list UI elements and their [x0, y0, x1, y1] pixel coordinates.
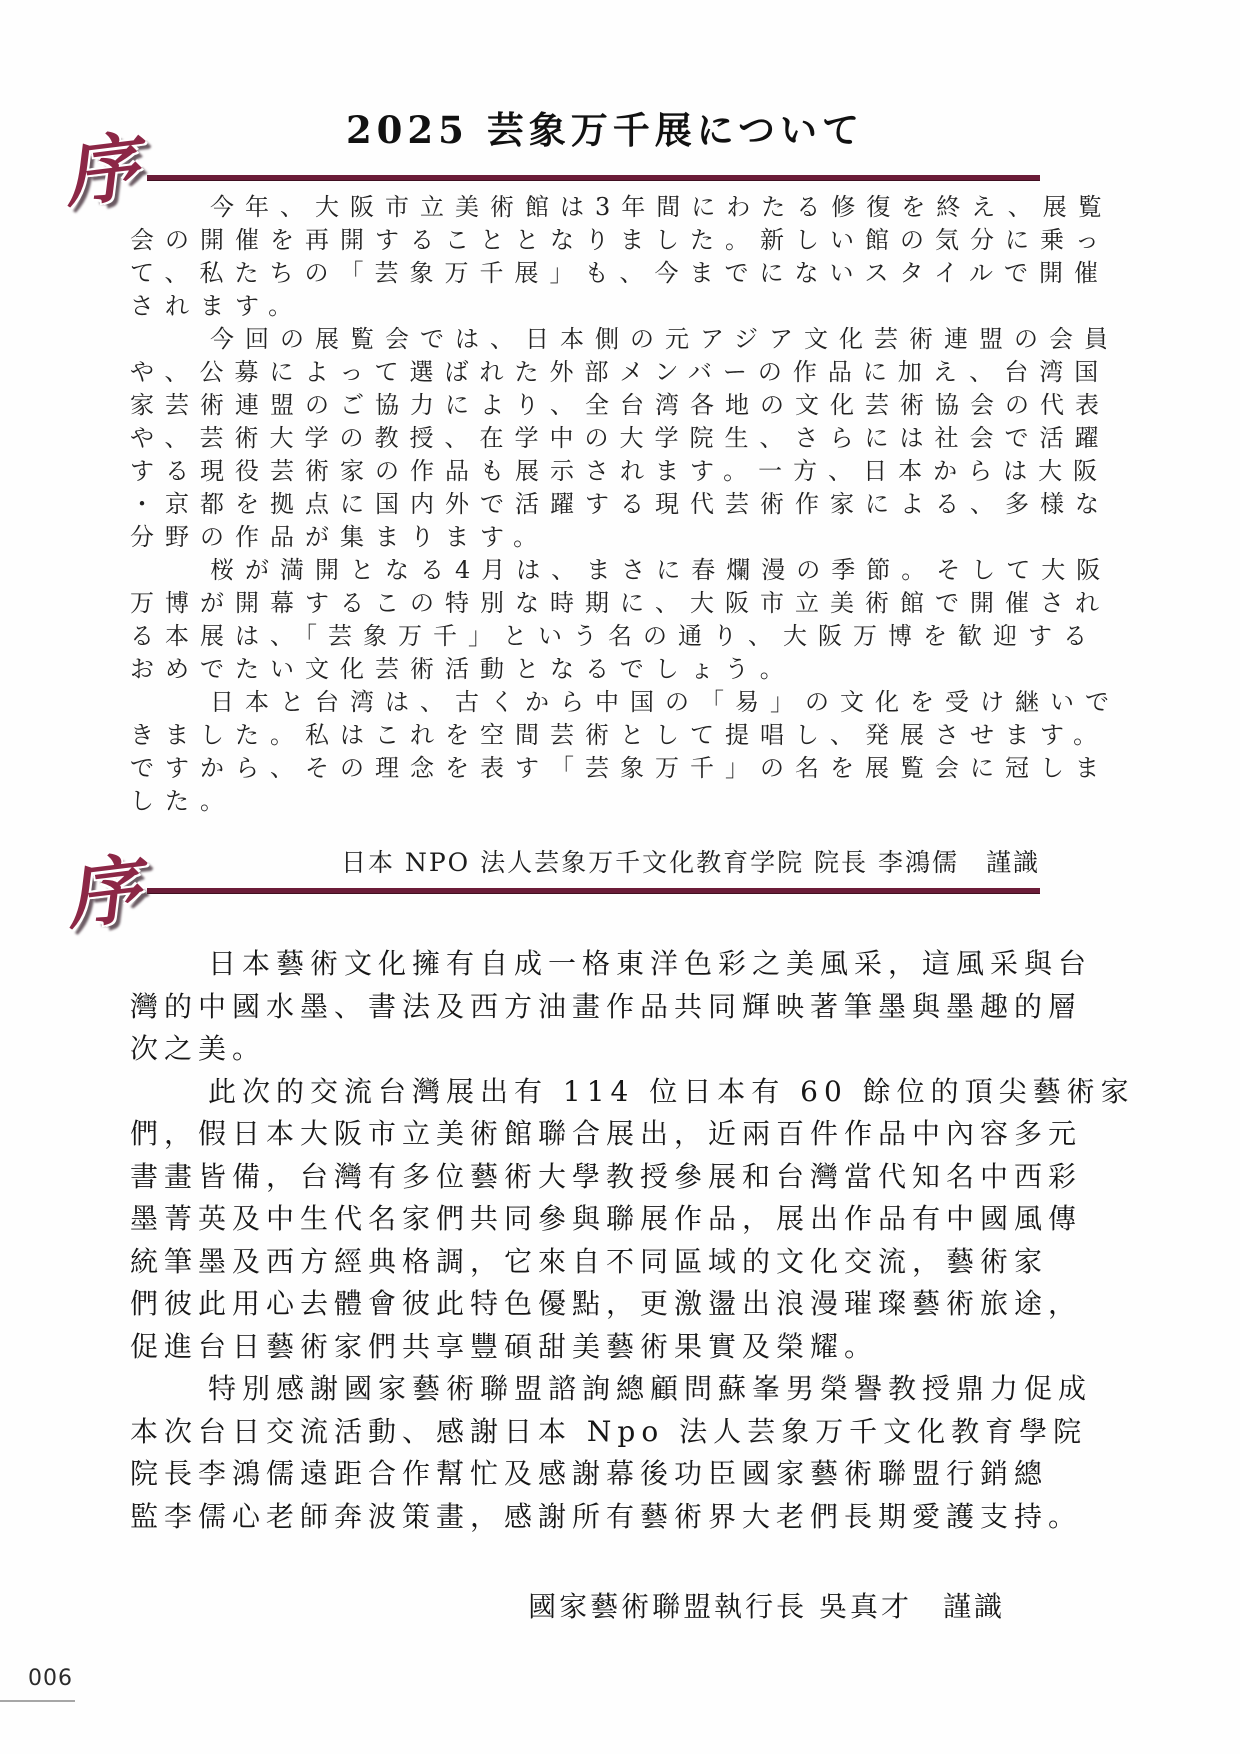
text-line: 此次的交流台灣展出有 114 位日本有 60 餘位的頂尖藝術家: [130, 1071, 1090, 1114]
page-number-rule: [0, 1700, 75, 1702]
header-rule-chinese: [147, 888, 1040, 894]
text-line: 灣的中國水墨、書法及西方油畫作品共同輝映著筆墨與墨趣的層: [130, 986, 1090, 1029]
text-line: 日本と台湾は、古くから中国の「易」の文化を受け継いで: [130, 686, 1082, 719]
text-line: 統筆墨及西方經典格調，它來自不同區域的文化交流，藝術家: [130, 1241, 1090, 1284]
page-number: 006: [28, 1666, 73, 1691]
text-line: や、公募によって選ばれた外部メンバーの作品に加え、台湾国: [130, 356, 1082, 389]
preface-seal-chinese: 序: [62, 852, 144, 934]
text-line: 們彼此用心去體會彼此特色優點，更激盪出浪漫璀璨藝術旅途，: [130, 1283, 1090, 1326]
text-line: した。: [130, 785, 1082, 818]
text-line: 桜が満開となる4月は、まさに春爛漫の季節。そして大阪: [130, 554, 1082, 587]
text-line: 特別感謝國家藝術聯盟諮詢總顧問蘇峯男榮譽教授鼎力促成: [130, 1368, 1090, 1411]
text-line: 墨菁英及中生代名家們共同參與聯展作品，展出作品有中國風傳: [130, 1198, 1090, 1241]
text-line: ・京都を拠点に国内外で活躍する現代芸術作家による、多様な: [130, 488, 1082, 521]
page-title: 2025 芸象万千展について: [130, 100, 1080, 154]
japanese-signature: 日本 NPO 法人芸象万千文化教育学院 院長 李鴻儒 謹識: [130, 843, 1040, 879]
text-line: 本次台日交流活動、感謝日本 Npo 法人芸象万千文化教育學院: [130, 1411, 1090, 1454]
text-line: 促進台日藝術家們共享豐碩甜美藝術果實及榮耀。: [130, 1326, 1090, 1369]
text-line: る本展は、「芸象万千」という名の通り、大阪万博を歓迎する: [130, 620, 1082, 653]
document-page: 2025 芸象万千展について 序 今年、大阪市立美術館は3年間にわたる修復を終え…: [0, 0, 1240, 1754]
text-line: ですから、その理念を表す「芸象万千」の名を展覧会に冠しま: [130, 752, 1082, 785]
text-line: て、私たちの「芸象万千展」も、今までにないスタイルで開催: [130, 257, 1082, 290]
text-line: 監李儒心老師奔波策畫，感謝所有藝術界大老們長期愛護支持。: [130, 1496, 1090, 1539]
preface-seal-japanese: 序: [60, 130, 142, 212]
text-line: する現役芸術家の作品も展示されます。一方、日本からは大阪: [130, 455, 1082, 488]
chinese-signature: 國家藝術聯盟執行長 吳真才 謹識: [130, 1585, 1005, 1625]
chinese-preface: 日本藝術文化擁有自成一格東洋色彩之美風采，這風采與台 灣的中國水墨、書法及西方油…: [130, 943, 1090, 1538]
text-line: 書畫皆備，台灣有多位藝術大學教授參展和台灣當代知名中西彩: [130, 1156, 1090, 1199]
text-line: 家芸術連盟のご協力により、全台湾各地の文化芸術協会の代表: [130, 389, 1082, 422]
text-line: 院長李鴻儒遠距合作幫忙及感謝幕後功臣國家藝術聯盟行銷總: [130, 1453, 1090, 1496]
header-rule-japanese: [147, 175, 1040, 181]
text-line: 今年、大阪市立美術館は3年間にわたる修復を終え、展覧: [130, 191, 1082, 224]
text-line: や、芸術大学の教授、在学中の大学院生、さらには社会で活躍: [130, 422, 1082, 455]
text-line: 分野の作品が集まります。: [130, 521, 1082, 554]
text-line: 次之美。: [130, 1028, 1090, 1071]
text-line: 今回の展覧会では、日本側の元アジア文化芸術連盟の会員: [130, 323, 1082, 356]
text-line: きました。私はこれを空間芸術として提唱し、発展させます。: [130, 719, 1082, 752]
text-line: 日本藝術文化擁有自成一格東洋色彩之美風采，這風采與台: [130, 943, 1090, 986]
text-line: おめでたい文化芸術活動となるでしょう。: [130, 653, 1082, 686]
japanese-preface: 今年、大阪市立美術館は3年間にわたる修復を終え、展覧 会の開催を再開することとな…: [130, 191, 1082, 818]
text-line: 們，假日本大阪市立美術館聯合展出，近兩百件作品中內容多元: [130, 1113, 1090, 1156]
text-line: されます。: [130, 290, 1082, 323]
text-line: 万博が開幕するこの特別な時期に、大阪市立美術館で開催され: [130, 587, 1082, 620]
text-line: 会の開催を再開することとなりました。新しい館の気分に乗っ: [130, 224, 1082, 257]
